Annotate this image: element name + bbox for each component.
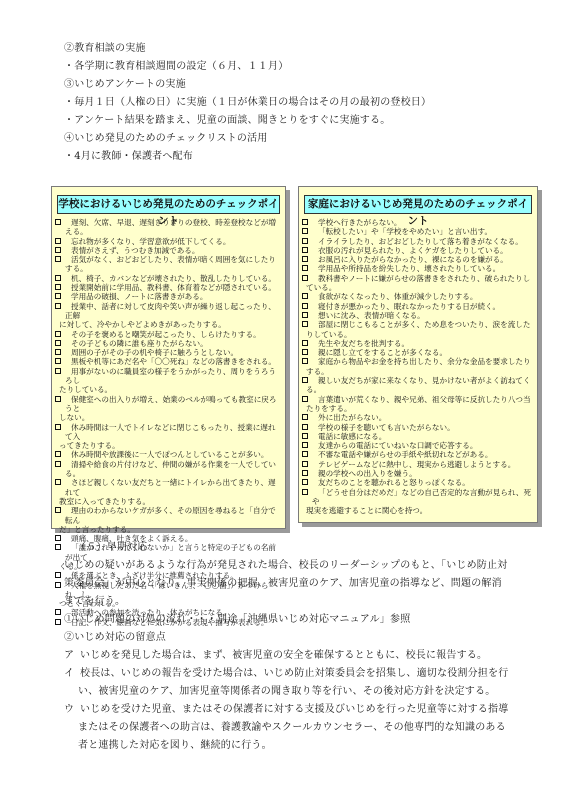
- checkbox-icon[interactable]: [302, 219, 308, 225]
- point-marker-a: ア: [64, 647, 74, 665]
- bullet-survey-monthly: ・毎月１日（人権の日）に実施（１日が休業日の場合はその月の最初の登校日）: [64, 96, 431, 109]
- point-i-line-1: 校長は、いじめの報告を受けた場合は、いじめ防止対策委員会を招集し、適切な役割分担…: [80, 665, 508, 683]
- home-checklist-item: 想いに沈み、表情が暗くなる。: [302, 311, 535, 320]
- home-checklist-item-text: 寝付きが悪かったり、眠れなかったりする日が続く。: [302, 302, 535, 311]
- school-checklist-item-text: 遅刻、欠席、早退、遅刻ぎりぎりの登校、時差登校などが増える。: [55, 218, 283, 237]
- checkbox-icon[interactable]: [302, 228, 308, 234]
- home-checklist-item-text: 教科書やノートに嫌がらせの落書きをされたり、破られたりし: [302, 274, 535, 283]
- school-checklist-item-text: その子を褒めると嘲笑が起こったり、しらけたりする。: [55, 330, 283, 339]
- school-checklist-item: 黒板や机等にあだ名や「〇〇死ね」などの落書きをされる。: [55, 357, 283, 366]
- home-checklist-item-text: 友だちのことを聴かれると怒りっぽくなる。: [302, 478, 535, 487]
- home-checklist-item: イライラしたり、おどおどしたりして落ち着きがなくなる。: [302, 237, 535, 246]
- home-checklist-item: 学校へ行きたがらない。: [302, 218, 535, 227]
- checkbox-icon[interactable]: [55, 451, 61, 457]
- home-checklist-item-text: 衣服の汚れが見られたり、よくケガをしたりしている。: [302, 246, 535, 255]
- school-checklist-item-text: 授業中、話者に対して皮肉や笑い声が繰り返し起こったり、正解: [55, 302, 283, 321]
- school-checklist-item: 清掃や給食の片付けなど、仲間の嫌がる作業を一人でしている。: [55, 460, 283, 479]
- checkbox-icon[interactable]: [302, 340, 308, 346]
- home-checklist-item-text: 部屋に閉じこもることが多く、ため息をついたり、涙を流した: [302, 320, 535, 329]
- home-checklist-item: 言葉遣いが荒くなり、親や兄弟、祖父母等に反抗したり八つ当たりをする。: [302, 395, 535, 414]
- school-checklist-item-text: 活気がなく、おどおどしたり、表情が暗く周囲を気にしたりする。: [55, 255, 283, 274]
- school-checklist-item-text: 表情がさえず、うつむき加減である。: [55, 246, 283, 255]
- school-checklist-item-text: 教室に入ってきたりする。: [59, 497, 283, 506]
- home-checklist-item-text: 電話に敏感になる。: [302, 432, 535, 441]
- checkbox-icon[interactable]: [302, 489, 308, 495]
- home-checklist-item-text: 外に出たがらない。: [302, 413, 535, 422]
- home-checklist-item: 学校の様子を聴いても言いたがらない。: [302, 423, 535, 432]
- checkbox-icon[interactable]: [55, 349, 61, 355]
- checkbox-icon[interactable]: [302, 424, 308, 430]
- home-checklist-item-text: ている。: [306, 283, 535, 292]
- checkbox-icon[interactable]: [55, 358, 61, 364]
- checkbox-icon[interactable]: [302, 461, 308, 467]
- home-checklist-item: 「どうせ自分はだめだ」などの自己否定的な言動が見られ、死や現実を逃避することに関…: [302, 488, 535, 516]
- school-checklist-item: 机、椅子、カバンなどが壊されたり、散乱したりしている。: [55, 274, 283, 283]
- checkbox-icon[interactable]: [302, 293, 308, 299]
- school-checklist-item: 忘れ物が多くなり、学習意欲が低下してくる。: [55, 237, 283, 246]
- home-checklist-item-text: 不審な電話や嫌がらせの手紙や紙切れなどがある。: [302, 450, 535, 459]
- home-checklist-item: 部屋に閉じこもることが多く、ため息をついたり、涙を流したりしている。: [302, 320, 535, 339]
- checkbox-icon[interactable]: [55, 424, 61, 430]
- school-checklist-item-text: に対して、冷やかしやどよめきがあったりする。: [59, 320, 283, 329]
- school-checklist-item-text: だ」と言ったりする。: [59, 525, 283, 534]
- home-checklist-item-text: 親しい友だちが家に来なくなり、見かけない者がよく訪ねてく: [302, 376, 535, 385]
- home-checklist-item-text: 学校へ行きたがらない。: [302, 218, 535, 227]
- home-checklist-items: 学校へ行きたがらない。「転校したい」や「学校をやめたい」と言い出す。イライラした…: [302, 218, 535, 516]
- school-checklist-item-text: 用事がないのに職員室の様子をうかがったり、周りをうろうろし: [55, 367, 283, 386]
- home-checklist-item-text: 言葉遣いが荒くなり、親や兄弟、祖父母等に反抗したり八つ当: [302, 395, 535, 404]
- checkbox-icon[interactable]: [55, 331, 61, 337]
- checkbox-icon[interactable]: [55, 303, 61, 309]
- home-checklist-item-text: る。: [306, 385, 535, 394]
- section-heading-consultation: ②教育相談の実施: [64, 42, 146, 55]
- school-checklist-item: 休み時間は一人でトイレなどに閉じこもったり、授業に遅れて入ってきたりする。: [55, 423, 283, 451]
- checkbox-icon[interactable]: [302, 414, 308, 420]
- school-checklist-item: 理由のわからないケガが多く、その原因を尋ねると「自分で転んだ」と言ったりする。: [55, 506, 283, 534]
- school-checklist-item-text: 理由のわからないケガが多く、その原因を尋ねると「自分で転ん: [55, 506, 283, 525]
- early-response-paragraph-line-2: 策委員会」が中心となり、事実関係の把握、被害児童のケア、加害児童の指導など、問題…: [64, 575, 502, 593]
- checkbox-icon[interactable]: [55, 247, 61, 253]
- home-checklist-item: 電話に敏感になる。: [302, 432, 535, 441]
- checkbox-icon[interactable]: [302, 433, 308, 439]
- home-checklist-item-text: りしている。: [306, 330, 535, 339]
- home-checklist-item: 家庭から物品やお金を持ち出したり、余分な金品を要求したりする。: [302, 357, 535, 376]
- home-checklist-item-text: 家庭から物品やお金を持ち出したり、余分な金品を要求したり: [302, 357, 535, 366]
- school-checklist-item-text: 清掃や給食の片付けなど、仲間の嫌がる作業を一人でしている。: [55, 460, 283, 479]
- home-checklist-item: 不審な電話や嫌がらせの手紙や紙切れなどがある。: [302, 450, 535, 459]
- checkbox-icon[interactable]: [55, 340, 61, 346]
- home-checklist-item: 学用品や所持品を紛失したり、壊されたりしている。: [302, 264, 535, 273]
- checkbox-icon[interactable]: [55, 368, 61, 374]
- checkbox-icon[interactable]: [55, 396, 61, 402]
- checkbox-icon[interactable]: [55, 275, 61, 281]
- checkbox-icon[interactable]: [55, 544, 61, 550]
- response-notes-heading: ②いじめ対応の留意点: [64, 629, 166, 647]
- checkbox-icon[interactable]: [302, 265, 308, 271]
- school-checklist-item-text: しない。: [59, 413, 283, 422]
- checkbox-icon[interactable]: [302, 470, 308, 476]
- home-checklist-item-text: 食欲がなくなったり、体重が減少したりする。: [302, 292, 535, 301]
- checkbox-icon[interactable]: [302, 442, 308, 448]
- home-checklist-item: 友だちのことを聴かれると怒りっぽくなる。: [302, 478, 535, 487]
- home-checklist-item: 先生や友だちを批判する。: [302, 339, 535, 348]
- response-flow-reference: ①いじめ問題の対処の流れ・・・別途「沖縄県いじめ対応マニュアル」参照: [64, 611, 410, 629]
- checkbox-icon[interactable]: [55, 609, 61, 615]
- checkbox-icon[interactable]: [55, 582, 61, 588]
- home-checklist-item: 食欲がなくなったり、体重が減少したりする。: [302, 292, 535, 301]
- checkbox-icon[interactable]: [55, 619, 61, 625]
- checkbox-icon[interactable]: [302, 349, 308, 355]
- school-checklist-item-text: 授業開始前に学用品、教科書、体育着などが隠されている。: [55, 283, 283, 292]
- school-checklist-item-text: 黒板や机等にあだ名や「〇〇死ね」などの落書きをされる。: [55, 357, 283, 366]
- home-checklist-item-text: 親の学校への出入りを嫌う。: [302, 469, 535, 478]
- school-checklist-item: その子を褒めると嘲笑が起こったり、しらけたりする。: [55, 330, 283, 339]
- point-marker-u: ウ: [64, 701, 74, 719]
- checkbox-icon[interactable]: [55, 572, 61, 578]
- checkbox-icon[interactable]: [302, 256, 308, 262]
- school-checklist-item: 授業中、話者に対して皮肉や笑い声が繰り返し起こったり、正解に対して、冷やかしやど…: [55, 302, 283, 330]
- checkbox-icon[interactable]: [55, 535, 61, 541]
- home-checklist-item-text: テレビゲームなどに熱中し、現実から逃避しようとする。: [302, 460, 535, 469]
- home-checklist-item: 親しい友だちが家に来なくなり、見かけない者がよく訪ねてくる。: [302, 376, 535, 395]
- school-checklist-item-text: 机、椅子、カバンなどが壊されたり、散乱したりしている。: [55, 274, 283, 283]
- home-checklist-item: テレビゲームなどに熱中し、現実から逃避しようとする。: [302, 460, 535, 469]
- early-response-paragraph-line-3: までを行う。: [64, 593, 125, 611]
- checkbox-icon[interactable]: [55, 256, 61, 262]
- checkbox-icon[interactable]: [302, 238, 308, 244]
- checkbox-icon[interactable]: [55, 507, 61, 513]
- section-heading-checklist: ④いじめ発見のためのチェックリストの活用: [64, 132, 268, 145]
- school-checklist-item-text: 学用品の破損、ノートに落書きがある。: [55, 292, 283, 301]
- bullet-survey-followup: ・アンケート結果を踏まえ、児童の面談、聞きとりをすぐに実施する。: [64, 114, 390, 127]
- checkbox-icon[interactable]: [55, 238, 61, 244]
- home-checklist-item-text: 先生や友だちを批判する。: [302, 339, 535, 348]
- bullet-consultation-week: ・各学期に教育相談週間の設定（６月、１１月）: [64, 60, 288, 73]
- home-checklist-item-text: イライラしたり、おどおどしたりして落ち着きがなくなる。: [302, 237, 535, 246]
- school-checklist-item-text: 休み時間は一人でトイレなどに閉じこもったり、授業に遅れて入: [55, 423, 283, 442]
- home-checklist-title: 家庭におけるいじめ発見のためのチェックポイント: [304, 195, 532, 214]
- home-checklist-item-text: 現実を逃避することに関心を持つ。: [306, 506, 535, 515]
- school-checklist-item: 遅刻、欠席、早退、遅刻ぎりぎりの登校、時差登校などが増える。: [55, 218, 283, 237]
- early-response-paragraph-line-1: いじめの疑いがあるような行為が発見された場合、校長のリーダーシップのもと、「いじ…: [64, 557, 507, 575]
- school-checklist-item: さほど親しくない友だちと一緒にトイレから出てきたり、遅れて教室に入ってきたりする…: [55, 478, 283, 506]
- checkbox-icon[interactable]: [302, 451, 308, 457]
- checkbox-icon[interactable]: [302, 275, 308, 281]
- home-checklist-item-text: 学校の様子を聴いても言いたがらない。: [302, 423, 535, 432]
- school-checklist-item-text: たりしている。: [59, 385, 283, 394]
- school-checklist-item-text: 保健室への出入りが増え、始業のベルが鳴っても教室に戻ろうと: [55, 395, 283, 414]
- checkbox-icon[interactable]: [302, 479, 308, 485]
- school-checklist-item: その子どもの隣に誰も座りたがらない。: [55, 339, 283, 348]
- checkbox-icon[interactable]: [302, 321, 308, 327]
- point-i-line-2: い、被害児童のケア、加害児童等関係者の聞き取り等を行い、その後対応方針を決定する…: [78, 683, 495, 701]
- school-checklist-item-text: 忘れ物が多くなり、学習意欲が低下してくる。: [55, 237, 283, 246]
- school-checklist-item: 授業開始前に学用品、教科書、体育着などが隠されている。: [55, 283, 283, 292]
- point-u-line-3: 者と連携した対応を図り、継続的に行う。: [78, 737, 272, 755]
- school-checklist-item-text: さほど親しくない友だちと一緒にトイレから出てきたり、遅れて: [55, 478, 283, 497]
- school-checklist-item-text: 休み時間や放課後に一人でぽつんとしていることが多い。: [55, 450, 283, 459]
- home-checklist-item-text: 学用品や所持品を紛失したり、壊されたりしている。: [302, 264, 535, 273]
- school-checklist-item: 保健室への出入りが増え、始業のベルが鳴っても教室に戻ろうとしない。: [55, 395, 283, 423]
- school-checklist-box: 学校におけるいじめ発見のためのチェックポイント 遅刻、欠席、早退、遅刻ぎりぎりの…: [51, 186, 286, 529]
- home-checklist-box: 家庭におけるいじめ発見のためのチェックポイント 学校へ行きたがらない。「転校した…: [298, 186, 538, 523]
- checkbox-icon[interactable]: [302, 396, 308, 402]
- checkbox-icon[interactable]: [55, 293, 61, 299]
- home-checklist-item: 寝付きが悪かったり、眠れなかったりする日が続く。: [302, 302, 535, 311]
- school-checklist-item: 活気がなく、おどおどしたり、表情が暗く周囲を気にしたりする。: [55, 255, 283, 274]
- school-checklist-item: 用事がないのに職員室の様子をうかがったり、周りをうろうろしたりしている。: [55, 367, 283, 395]
- home-checklist-item: 衣服の汚れが見られたり、よくケガをしたりしている。: [302, 246, 535, 255]
- school-checklist-item-text: その子どもの隣に誰も座りたがらない。: [55, 339, 283, 348]
- checkbox-icon[interactable]: [55, 479, 61, 485]
- checkbox-icon[interactable]: [302, 377, 308, 383]
- home-checklist-item-text: 「転校したい」や「学校をやめたい」と言い出す。: [302, 227, 535, 236]
- checkbox-icon[interactable]: [302, 358, 308, 364]
- point-marker-i: イ: [64, 665, 74, 683]
- early-response-heading: （５）早期対応: [76, 541, 147, 554]
- home-checklist-item: 親の学校への出入りを嫌う。: [302, 469, 535, 478]
- home-checklist-item: 外に出たがらない。: [302, 413, 535, 422]
- home-checklist-item-text: する。: [306, 367, 535, 376]
- school-checklist-item: 学用品の破損、ノートに落書きがある。: [55, 292, 283, 301]
- home-checklist-item-text: たりをする。: [306, 404, 535, 413]
- bullet-checklist-distribution: ・4月に教師・保護者へ配布: [64, 150, 193, 163]
- checkbox-icon[interactable]: [55, 219, 61, 225]
- checkbox-icon[interactable]: [55, 284, 61, 290]
- point-u-line-1: いじめを受けた児童、またはその保護者に対する支援及びいじめを行った児童等に対する…: [80, 701, 508, 719]
- checkbox-icon[interactable]: [55, 461, 61, 467]
- school-checklist-item: 表情がさえず、うつむき加減である。: [55, 246, 283, 255]
- home-checklist-item: 「転校したい」や「学校をやめたい」と言い出す。: [302, 227, 535, 236]
- home-checklist-item-text: 「どうせ自分はだめだ」などの自己否定的な言動が見られ、死や: [302, 488, 535, 507]
- checkbox-icon[interactable]: [302, 312, 308, 318]
- home-checklist-item: 教科書やノートに嫌がらせの落書きをされたり、破られたりしている。: [302, 274, 535, 293]
- school-checklist-item: 休み時間や放課後に一人でぽつんとしていることが多い。: [55, 450, 283, 459]
- point-u-line-2: またはその保護者への助言は、養護教諭やスクールカウンセラー、その他専門的な知識の…: [78, 719, 506, 737]
- section-heading-survey: ③いじめアンケートの実施: [64, 78, 186, 91]
- checkbox-icon[interactable]: [302, 247, 308, 253]
- home-checklist-item-text: 想いに沈み、表情が暗くなる。: [302, 311, 535, 320]
- school-checklist-title: 学校におけるいじめ発見のためのチェックポイント: [57, 195, 280, 214]
- point-a-line-1: いじめを発見した場合は、まず、被害児童の安全を確保するとともに、校長に報告する。: [80, 647, 487, 665]
- checkbox-icon[interactable]: [302, 303, 308, 309]
